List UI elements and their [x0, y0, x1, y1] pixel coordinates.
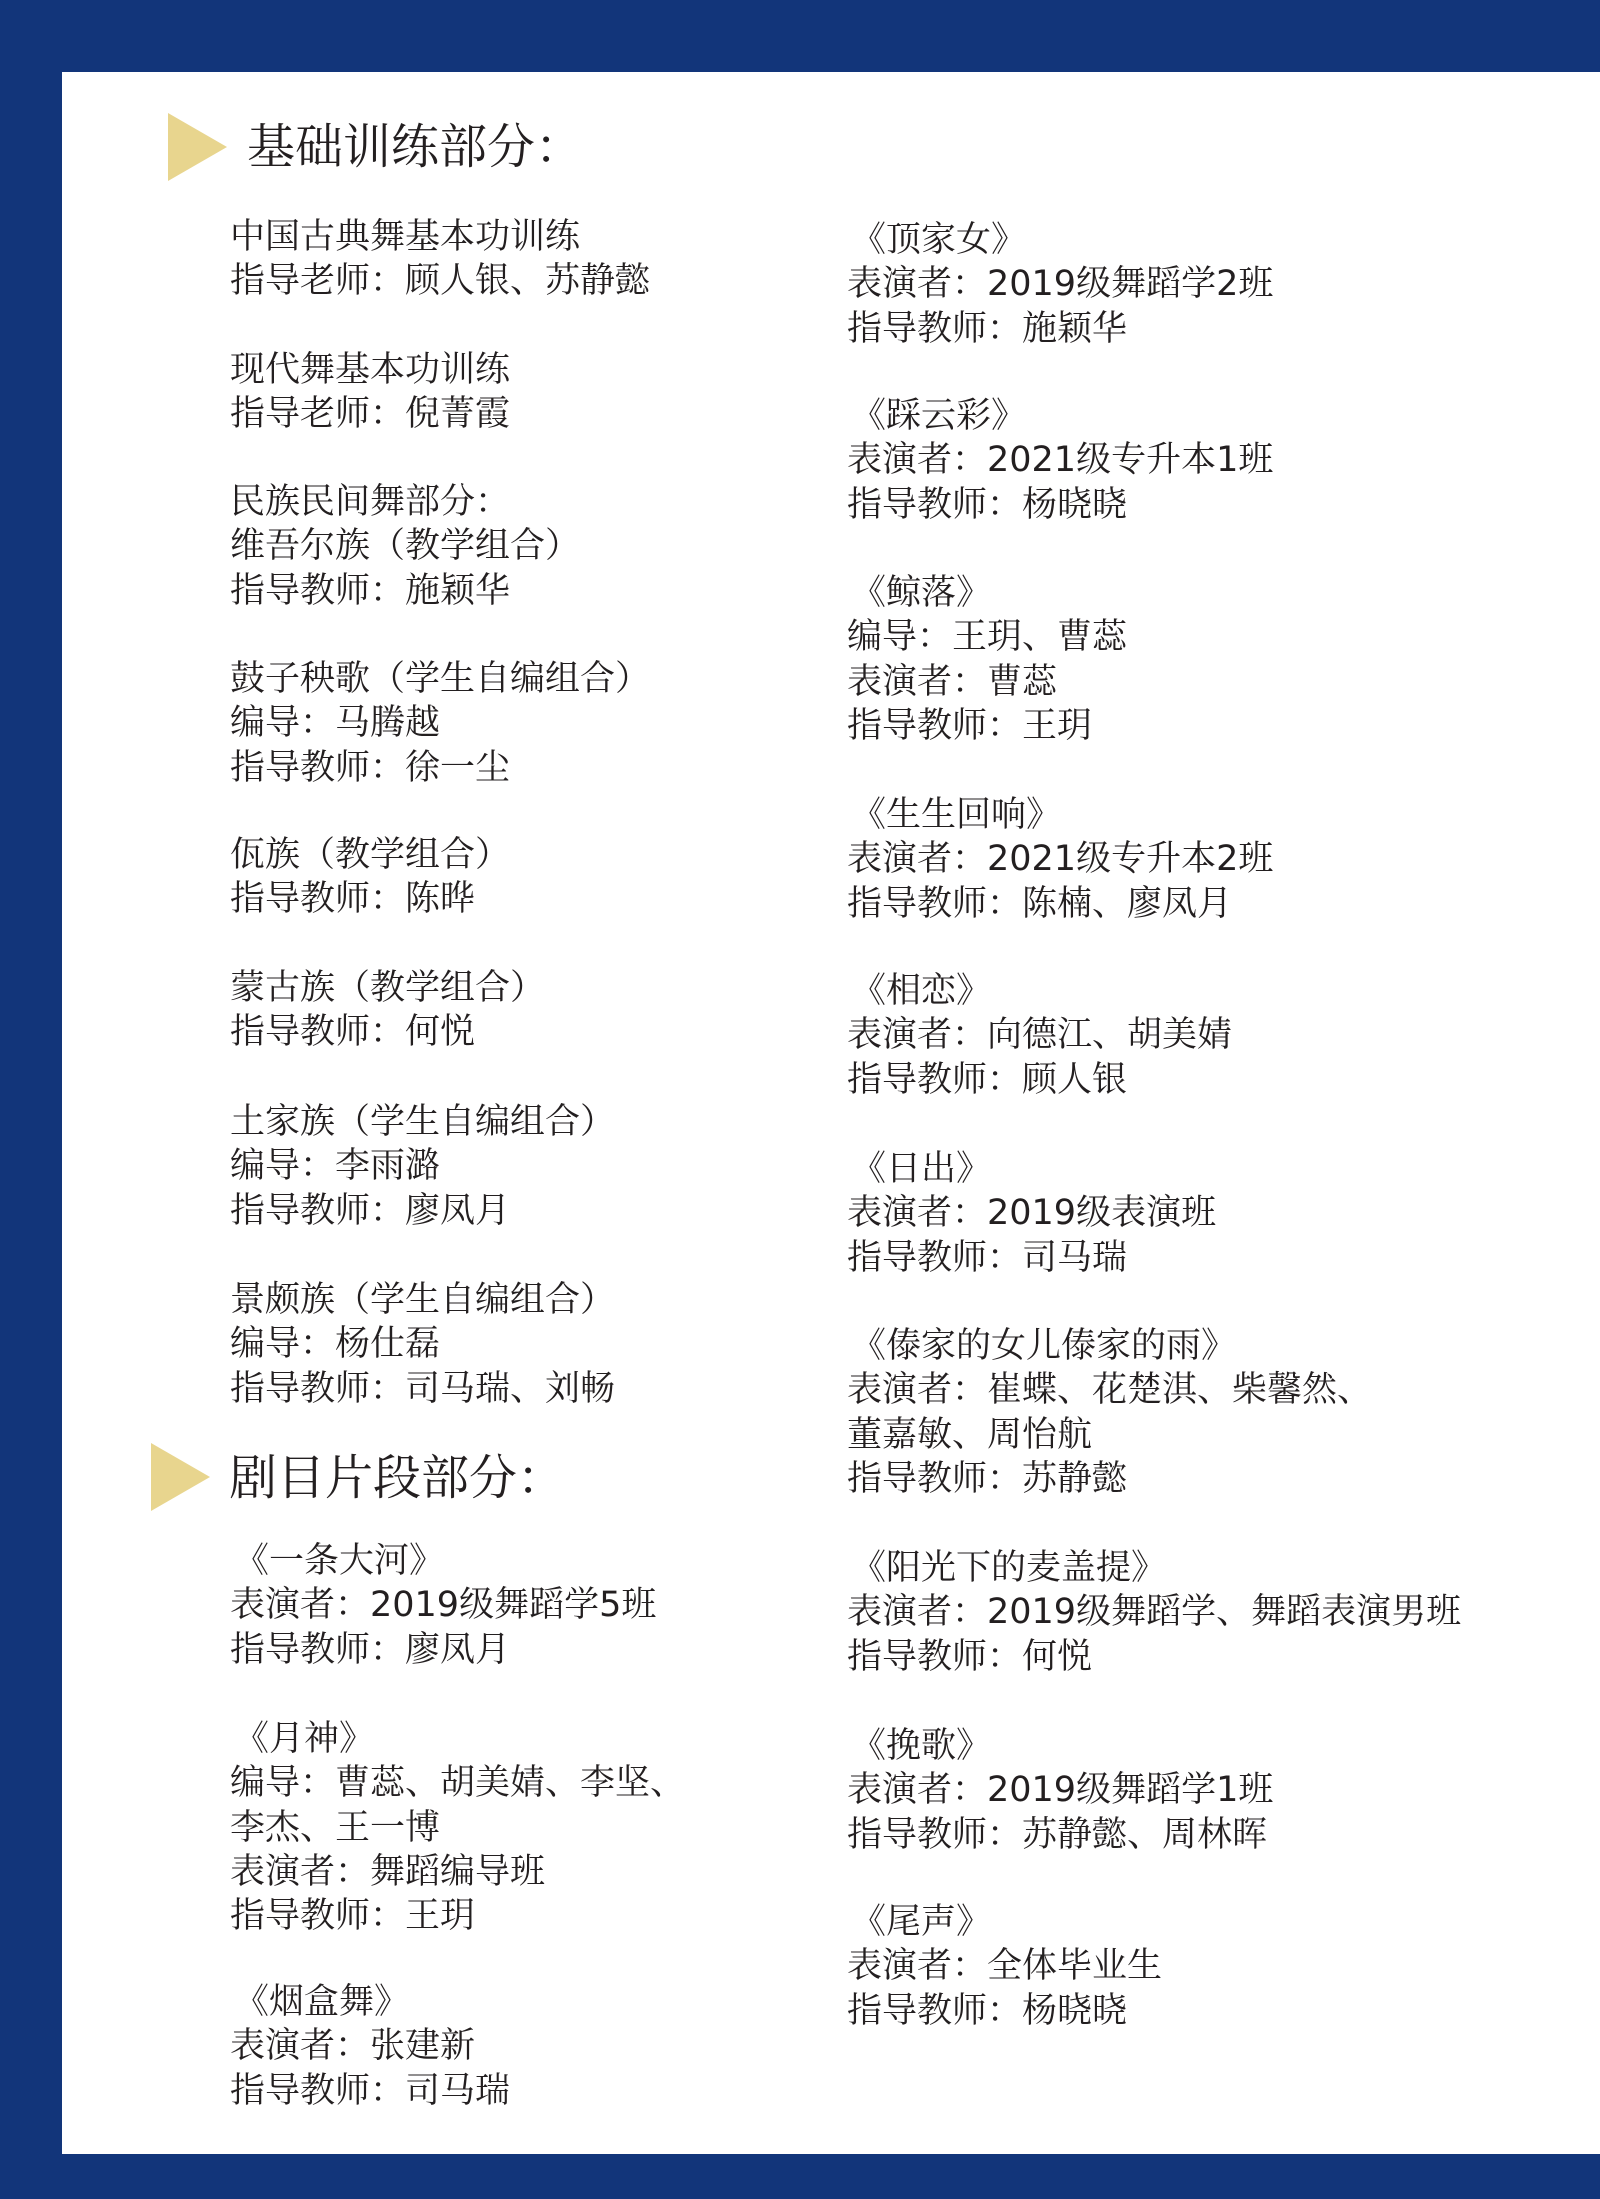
item-name: 中国古典舞基本功训练 — [230, 215, 650, 259]
triangle-right-icon — [151, 1443, 210, 1511]
piece-title: 《傣家的女儿傣家的雨》 — [847, 1324, 1372, 1368]
piece-choreographer: 编导：曹蕊、胡美婧、李坚、 — [230, 1761, 685, 1805]
piece-performers: 表演者：崔蝶、花楚淇、柴馨然、 — [847, 1368, 1372, 1412]
piece-title: 《顶家女》 — [847, 218, 1273, 262]
item-instructor: 指导教师：徐一尘 — [230, 746, 650, 790]
piece-instructor: 指导教师：杨晓晓 — [847, 483, 1273, 527]
repertoire-item: 《阳光下的麦盖提》 表演者：2019级舞蹈学、舞蹈表演男班 指导教师：何悦 — [847, 1546, 1461, 1679]
item-instructor: 指导教师：施颖华 — [230, 569, 580, 613]
piece-performers: 表演者：2019级舞蹈学、舞蹈表演男班 — [847, 1590, 1461, 1634]
piece-performers: 表演者：2019级舞蹈学2班 — [847, 262, 1273, 306]
piece-performers: 表演者：曹蕊 — [847, 660, 1127, 704]
piece-performers: 表演者：全体毕业生 — [847, 1944, 1162, 1988]
piece-title: 《日出》 — [847, 1147, 1216, 1191]
item-name: 土家族（学生自编组合） — [230, 1100, 615, 1144]
piece-title: 《烟盒舞》 — [230, 1980, 510, 2024]
piece-performers: 表演者：向德江、胡美婧 — [847, 1013, 1232, 1057]
item-name: 景颇族（学生自编组合） — [230, 1278, 615, 1322]
item-instructor: 指导教师：廖凤月 — [230, 1189, 615, 1233]
item-name: 维吾尔族（教学组合） — [230, 524, 580, 568]
section-heading-repertoire: 剧目片段部分： — [229, 1448, 565, 1508]
piece-instructor: 指导教师：王玥 — [230, 1894, 685, 1938]
basic-item-7: 土家族（学生自编组合） 编导：李雨潞 指导教师：廖凤月 — [230, 1100, 615, 1233]
item-name: 佤族（教学组合） — [230, 833, 510, 877]
repertoire-item: 《踩云彩》 表演者：2021级专升本1班 指导教师：杨晓晓 — [847, 394, 1273, 527]
piece-title: 《鲸落》 — [847, 571, 1127, 615]
basic-item-4: 鼓子秧歌（学生自编组合） 编导：马腾越 指导教师：徐一尘 — [230, 657, 650, 790]
item-choreographer: 编导：杨仕磊 — [230, 1322, 615, 1366]
basic-item-2: 现代舞基本功训练 指导老师：倪菁霞 — [230, 348, 510, 437]
piece-title: 《一条大河》 — [230, 1539, 656, 1583]
repertoire-item: 《生生回响》 表演者：2021级专升本2班 指导教师：陈楠、廖凤月 — [847, 793, 1273, 926]
piece-title: 《踩云彩》 — [847, 394, 1273, 438]
piece-performers: 表演者：2019级舞蹈学1班 — [847, 1768, 1273, 1812]
piece-instructor: 指导教师：苏静懿 — [847, 1457, 1372, 1501]
repertoire-item: 《日出》 表演者：2019级表演班 指导教师：司马瑞 — [847, 1147, 1216, 1280]
piece-performers: 表演者：2019级表演班 — [847, 1191, 1216, 1235]
basic-item-5: 佤族（教学组合） 指导教师：陈晔 — [230, 833, 510, 922]
piece-title: 《阳光下的麦盖提》 — [847, 1546, 1461, 1590]
piece-instructor: 指导教师：陈楠、廖凤月 — [847, 882, 1273, 926]
repertoire-item: 《烟盒舞》 表演者：张建新 指导教师：司马瑞 — [230, 1980, 510, 2113]
item-instructor: 指导老师：顾人银、苏静懿 — [230, 259, 650, 303]
item-choreographer: 编导：马腾越 — [230, 701, 650, 745]
section-heading-basic-training: 基础训练部分： — [247, 117, 583, 177]
repertoire-item: 《挽歌》 表演者：2019级舞蹈学1班 指导教师：苏静懿、周林晖 — [847, 1724, 1273, 1857]
piece-instructor: 指导教师：廖凤月 — [230, 1628, 656, 1672]
item-instructor: 指导教师：陈晔 — [230, 877, 510, 921]
item-name: 现代舞基本功训练 — [230, 348, 510, 392]
piece-instructor: 指导教师：施颖华 — [847, 307, 1273, 351]
piece-performers: 表演者：2019级舞蹈学5班 — [230, 1583, 656, 1627]
item-name: 蒙古族（教学组合） — [230, 966, 545, 1010]
piece-instructor: 指导教师：苏静懿、周林晖 — [847, 1813, 1273, 1857]
triangle-right-icon — [168, 113, 227, 181]
basic-item-3: 民族民间舞部分： 维吾尔族（教学组合） 指导教师：施颖华 — [230, 480, 580, 613]
piece-instructor: 指导教师：司马瑞 — [847, 1236, 1216, 1280]
basic-item-1: 中国古典舞基本功训练 指导老师：顾人银、苏静懿 — [230, 215, 650, 304]
piece-instructor: 指导教师：王玥 — [847, 704, 1127, 748]
piece-title: 《尾声》 — [847, 1900, 1162, 1944]
piece-title: 《相恋》 — [847, 969, 1232, 1013]
piece-performers: 表演者：2021级专升本2班 — [847, 837, 1273, 881]
basic-item-6: 蒙古族（教学组合） 指导教师：何悦 — [230, 966, 545, 1055]
repertoire-item: 《一条大河》 表演者：2019级舞蹈学5班 指导教师：廖凤月 — [230, 1539, 656, 1672]
piece-performers: 表演者：2021级专升本1班 — [847, 438, 1273, 482]
piece-title: 《月神》 — [230, 1717, 685, 1761]
piece-performers: 表演者：舞蹈编导班 — [230, 1850, 685, 1894]
piece-instructor: 指导教师：杨晓晓 — [847, 1989, 1162, 2033]
item-name: 鼓子秧歌（学生自编组合） — [230, 657, 650, 701]
repertoire-item: 《相恋》 表演者：向德江、胡美婧 指导教师：顾人银 — [847, 969, 1232, 1102]
piece-instructor: 指导教师：司马瑞 — [230, 2069, 510, 2113]
item-instructor: 指导老师：倪菁霞 — [230, 392, 510, 436]
repertoire-item: 《尾声》 表演者：全体毕业生 指导教师：杨晓晓 — [847, 1900, 1162, 2033]
repertoire-item: 《傣家的女儿傣家的雨》 表演者：崔蝶、花楚淇、柴馨然、 董嘉敏、周怡航 指导教师… — [847, 1324, 1372, 1501]
piece-instructor: 指导教师：何悦 — [847, 1635, 1461, 1679]
item-subsection: 民族民间舞部分： — [230, 480, 580, 524]
item-choreographer: 编导：李雨潞 — [230, 1144, 615, 1188]
item-instructor: 指导教师：何悦 — [230, 1010, 545, 1054]
repertoire-item: 《月神》 编导：曹蕊、胡美婧、李坚、 李杰、王一博 表演者：舞蹈编导班 指导教师… — [230, 1717, 685, 1938]
piece-performers: 表演者：张建新 — [230, 2024, 510, 2068]
repertoire-item: 《鲸落》 编导：王玥、曹蕊 表演者：曹蕊 指导教师：王玥 — [847, 571, 1127, 748]
item-instructor: 指导教师：司马瑞、刘畅 — [230, 1367, 615, 1411]
repertoire-item: 《顶家女》 表演者：2019级舞蹈学2班 指导教师：施颖华 — [847, 218, 1273, 351]
piece-instructor: 指导教师：顾人银 — [847, 1058, 1232, 1102]
piece-choreographer: 编导：王玥、曹蕊 — [847, 615, 1127, 659]
piece-title: 《挽歌》 — [847, 1724, 1273, 1768]
piece-title: 《生生回响》 — [847, 793, 1273, 837]
basic-item-8: 景颇族（学生自编组合） 编导：杨仕磊 指导教师：司马瑞、刘畅 — [230, 1278, 615, 1411]
piece-choreographer-cont: 李杰、王一博 — [230, 1806, 685, 1850]
piece-performers-cont: 董嘉敏、周怡航 — [847, 1413, 1372, 1457]
